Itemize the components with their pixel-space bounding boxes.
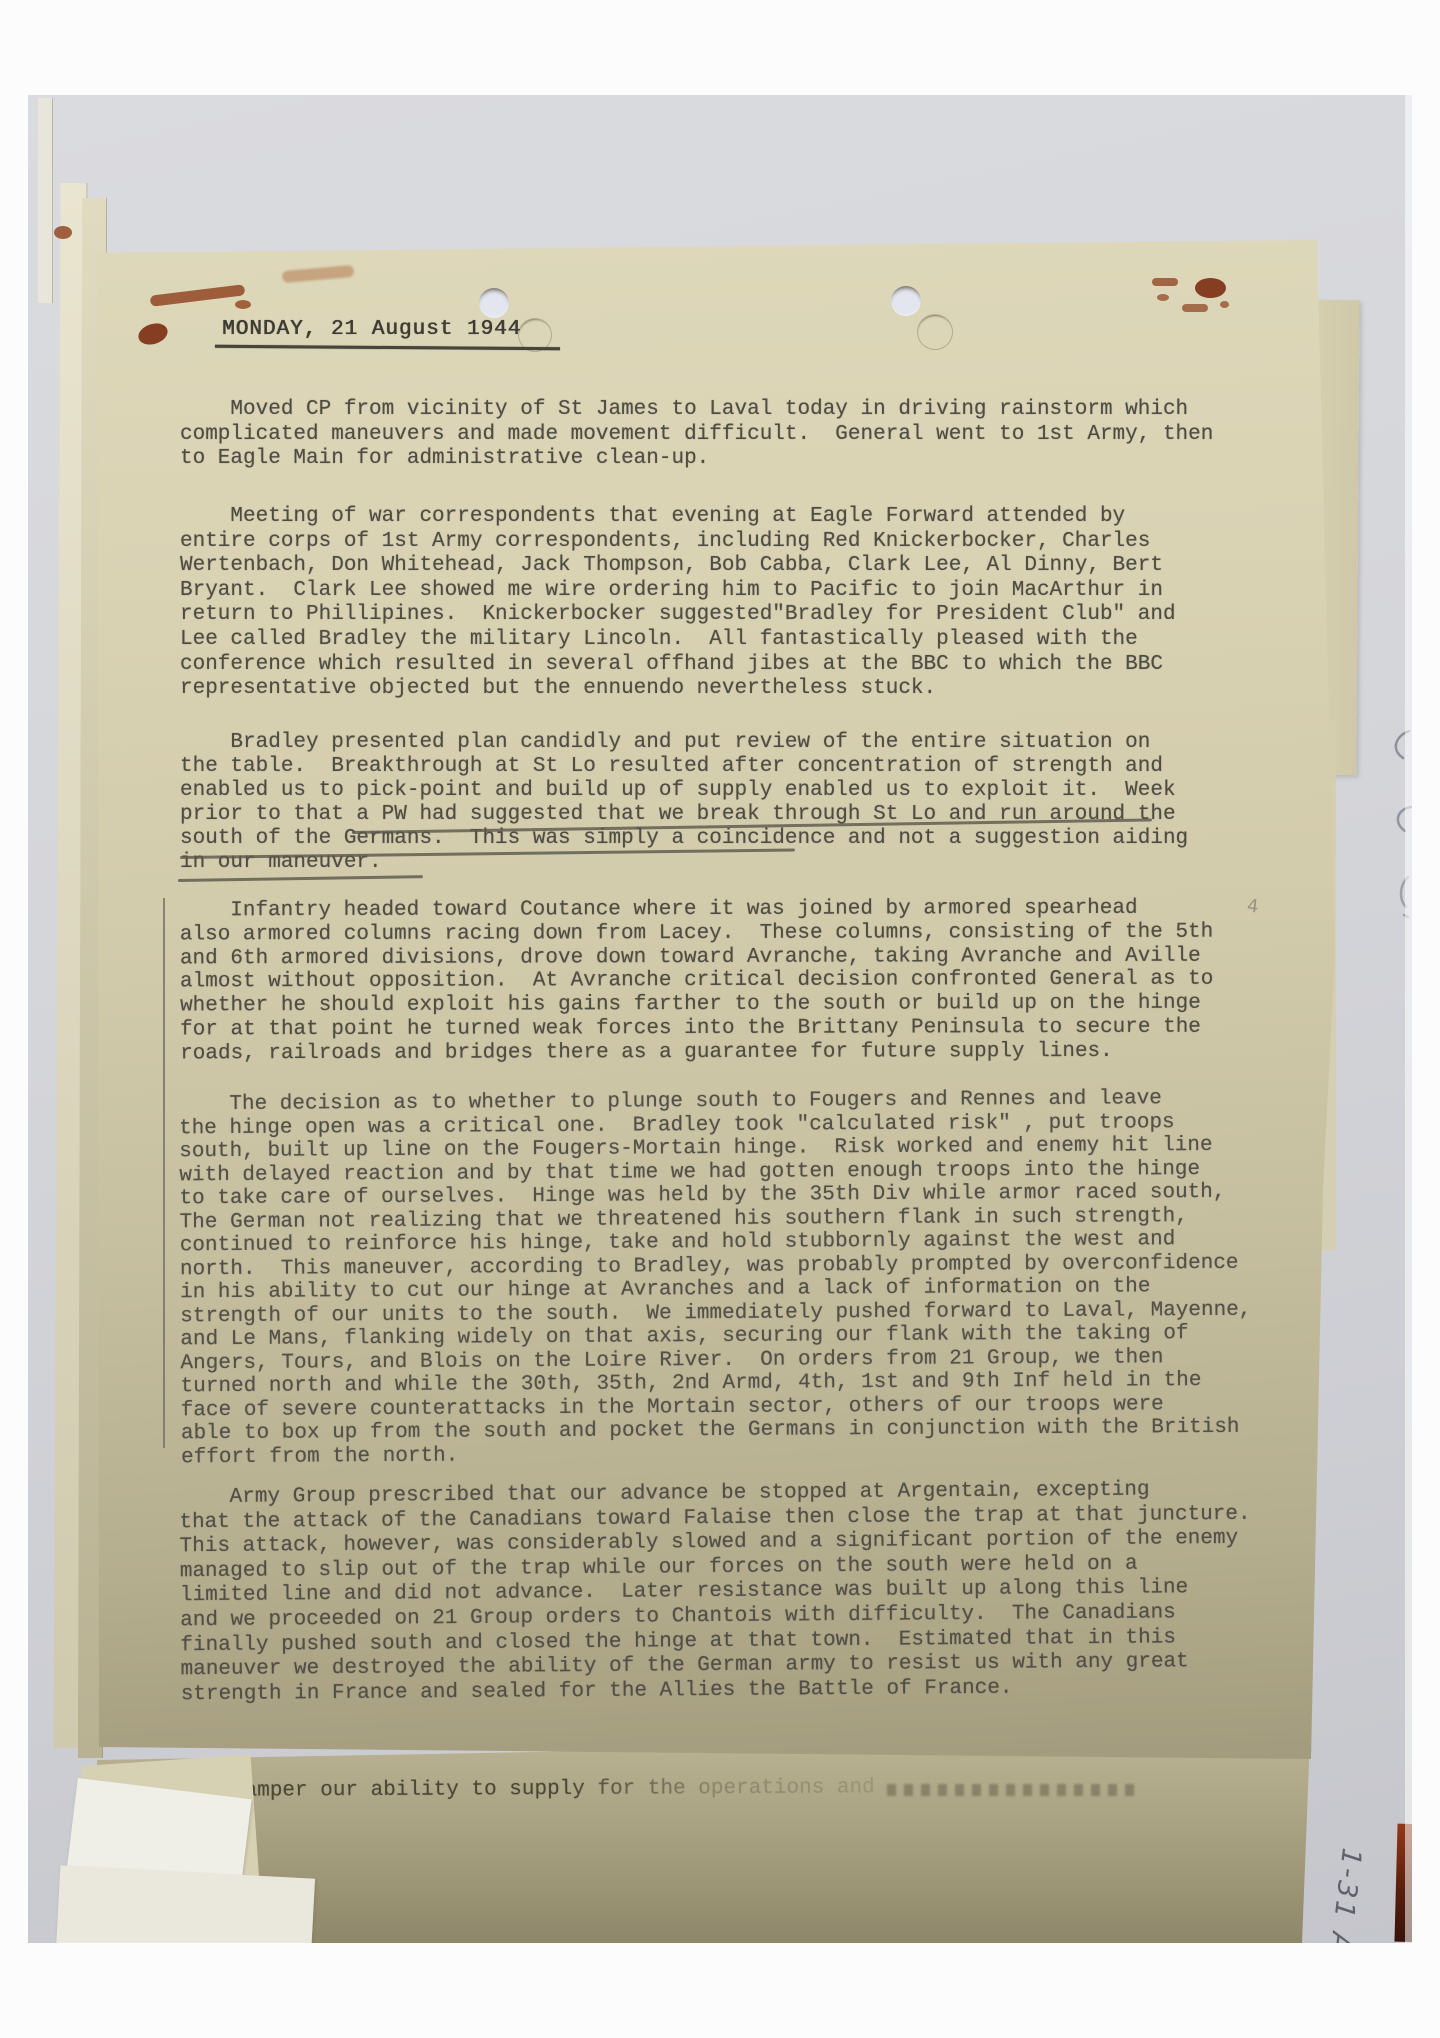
pencil-margin-mark: 4 <box>1246 895 1260 917</box>
rust-stain <box>54 226 72 239</box>
rust-stain <box>150 284 246 306</box>
pencil-margin-line <box>163 898 165 1448</box>
rust-stain <box>1157 294 1169 301</box>
entry-paragraph: Infantry headed toward Coutance where it… <box>180 897 1214 1066</box>
punch-hole <box>479 288 509 318</box>
document-photo: hamper our ability to supply for the ope… <box>28 95 1412 1943</box>
pencil-underline <box>178 875 423 881</box>
heading-underline <box>215 345 560 350</box>
entry-paragraph: The decision as to whether to plunge sou… <box>179 1087 1252 1470</box>
photo-edge-highlight <box>1405 95 1412 1943</box>
rust-stain <box>136 320 171 348</box>
underlying-page-text: hamper our ability to supply for the ope… <box>232 1776 875 1803</box>
entry-paragraph: Moved CP from vicinity of St James to La… <box>180 398 1213 472</box>
entry-paragraph: Army Group prescribed that our advance b… <box>179 1478 1252 1708</box>
punch-hole-impression <box>914 311 956 353</box>
rust-stain <box>235 300 251 309</box>
paper-stack-corner <box>56 1865 315 1943</box>
punch-hole <box>891 286 921 316</box>
diary-page: MONDAY, 21 August 1944 Moved CP from vic… <box>95 238 1355 1768</box>
rust-stain <box>1220 301 1229 308</box>
paper-stack-edge <box>38 98 53 303</box>
entry-date-heading: MONDAY, 21 August 1944 <box>222 318 521 341</box>
rust-stain <box>282 265 355 283</box>
rust-stain <box>1152 278 1178 286</box>
handwritten-date-range-annotation: 1-31 Aug <box>1318 1846 1367 1943</box>
rust-stain <box>1195 278 1226 298</box>
rust-stain <box>1182 304 1208 312</box>
faded-text-smear <box>887 1784 1142 1796</box>
typed-fragment-mark <box>202 1752 222 1756</box>
entry-paragraph: Meeting of war correspondents that eveni… <box>180 505 1176 702</box>
